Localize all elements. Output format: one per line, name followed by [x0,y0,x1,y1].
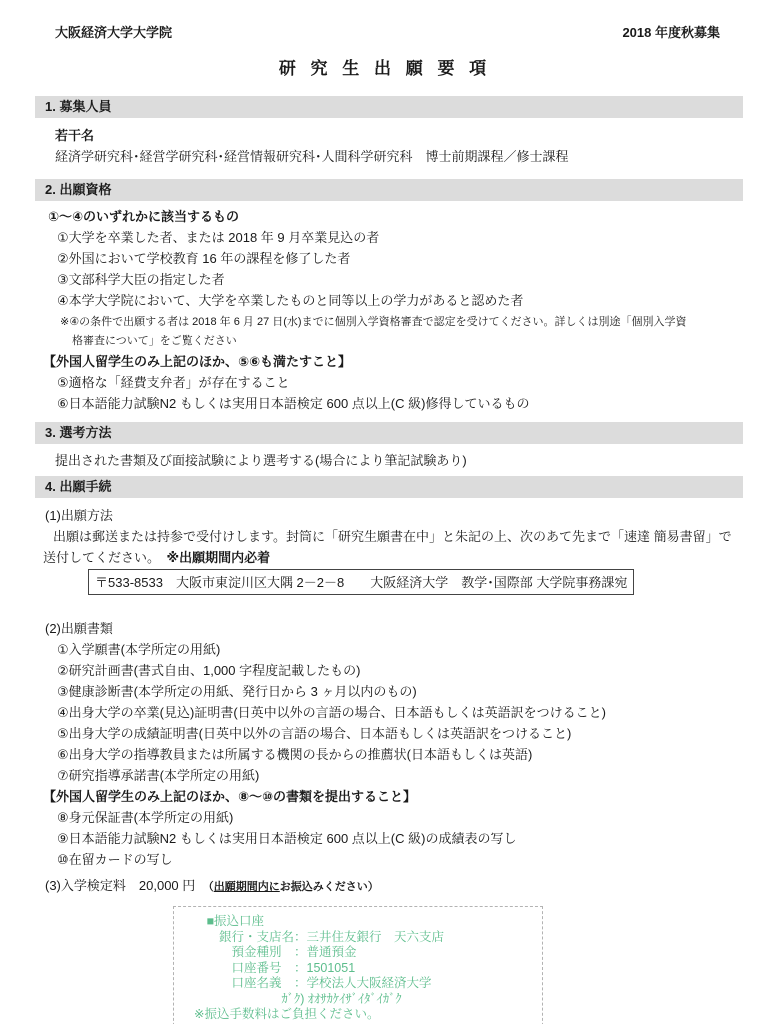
eligibility-note-line1: ※④の条件で出願する者は 2018 年 6 月 27 日(水)までに個別入学資格… [60,313,770,332]
account-holder-line: 口座名義 ：学校法人大阪経済大学 [194,976,534,992]
document-item: ⑥出身大学の指導教員または所属する機関の長からの推薦状(日本語もしくは英語) [57,744,770,765]
bank-box-title: ■振込口座 [194,914,534,930]
program-list: 経済学研究科･経営学研究科･経営情報研究科･人間科学研究科 博士前期課程／修士課… [55,146,770,167]
selection-method-body: 提出された書類及び面接試験により選考する(場合により筆記試験あり) [55,450,770,471]
mailing-address-container: 〒533-8533 大阪市東淀川区大隅 2－2－8 大阪経済大学 教学･国際部 … [88,569,770,595]
document-item: ⑤出身大学の成績証明書(日英中以外の言語の場合、日本語もしくは英語訳をつけること… [57,723,770,744]
section-heading-eligibility: 2. 出願資格 [35,179,743,201]
fee-deadline-underlined: 出願期間内に [214,881,280,893]
foreign-document-item: ⑧身元保証書(本学所定の用紙) [57,807,770,828]
application-documents-title: (2)出願書類 [45,618,770,639]
foreign-document-item: ⑩在留カードの写し [57,849,770,870]
account-number-line: 口座番号 ：1501051 [194,961,534,977]
page-header: 大阪経済大学大学院 2018 年度秋募集 [0,0,770,41]
eligibility-item: ②外国において学校教育 16 年の課程を修了した者 [57,248,770,269]
deadline-note: ※出願期間内必着 [167,550,271,565]
university-name: 大阪経済大学大学院 [55,22,172,41]
recruitment-term: 2018 年度秋募集 [622,22,720,41]
bank-branch-line: 銀行・支店名：三井住友銀行 天六支店 [194,930,534,946]
foreign-document-item: ⑨日本語能力試験N2 もしくは実用日本語検定 600 点以上(C 級)の成績表の… [57,828,770,849]
eligibility-item: ①大学を卒業した者、または 2018 年 9 月卒業見込の者 [57,227,770,248]
foreign-student-eligibility-lead: 【外国人留学生のみ上記のほか、⑤⑥も満たすこと】 [43,351,770,372]
application-method-line2: 送付してください。 ※出願期間内必着 [43,547,770,568]
foreign-eligibility-item: ⑥日本語能力試験N2 もしくは実用日本語検定 600 点以上(C 級)修得してい… [57,393,770,414]
section-heading-recruitment-number: 1. 募集人員 [35,96,743,118]
foreign-eligibility-item: ⑤適格な「経費支弁者」が存在すること [57,372,770,393]
examination-fee-line: (3)入学検定料 20,000 円 （出願期間内にお振込みください） [45,875,770,898]
eligibility-item: ③文部科学大臣の指定した者 [57,269,770,290]
section-heading-application-procedure: 4. 出願手続 [35,476,743,498]
bank-transfer-box: ■振込口座 銀行・支店名：三井住友銀行 天六支店 預金種別 ：普通預金 口座番号… [173,906,543,1024]
account-type-line: 預金種別 ：普通預金 [194,945,534,961]
application-guideline-page: { "header": { "left": "大阪経済大学大学院", "righ… [0,0,770,1024]
document-item: ④出身大学の卒業(見込)証明書(日英中以外の言語の場合、日本語もしくは英語訳をつ… [57,702,770,723]
document-item: ②研究計画書(書式自由、1,000 字程度記載したもの) [57,660,770,681]
transfer-fee-note: ※振込手数料はご負担ください。 [194,1007,534,1023]
eligibility-note-line2: 格審査について」をご覧ください [72,332,770,351]
account-holder-kana-line: ｶﾞｸ) ｵｵｻｶｹｲｻﾞｲﾀﾞｲｶﾞｸ [194,992,534,1008]
capacity-value: 若干名 [55,125,770,146]
page-title: 研 究 生 出 願 要 項 [0,54,770,79]
document-item: ③健康診断書(本学所定の用紙、発行日から 3 ヶ月以内のもの) [57,681,770,702]
foreign-student-documents-lead: 【外国人留学生のみ上記のほか、⑧～⑩の書類を提出すること】 [43,786,770,807]
eligibility-item: ④本学大学院において、大学を卒業したものと同等以上の学力があると認めた者 [57,290,770,311]
section-heading-selection-method: 3. 選考方法 [35,422,743,444]
fee-paren-rest: お振込みください） [280,881,379,893]
application-method-title: (1)出願方法 [45,505,770,526]
mailing-address: 〒533-8533 大阪市東淀川区大隅 2－2－8 大阪経済大学 教学･国際部 … [88,569,634,595]
document-item: ①入学願書(本学所定の用紙) [57,639,770,660]
eligibility-lead: ①～④のいずれかに該当するもの [48,206,770,227]
application-method-line1: 出願は郵送または持参で受付けします。封筒に「研究生願書在中」と朱記の上、次のあて… [53,526,770,547]
examination-fee-text: (3)入学検定料 20,000 円 [45,878,208,893]
application-method-line2-text: 送付してください。 [43,550,167,565]
document-item: ⑦研究指導承諾書(本学所定の用紙) [57,765,770,786]
